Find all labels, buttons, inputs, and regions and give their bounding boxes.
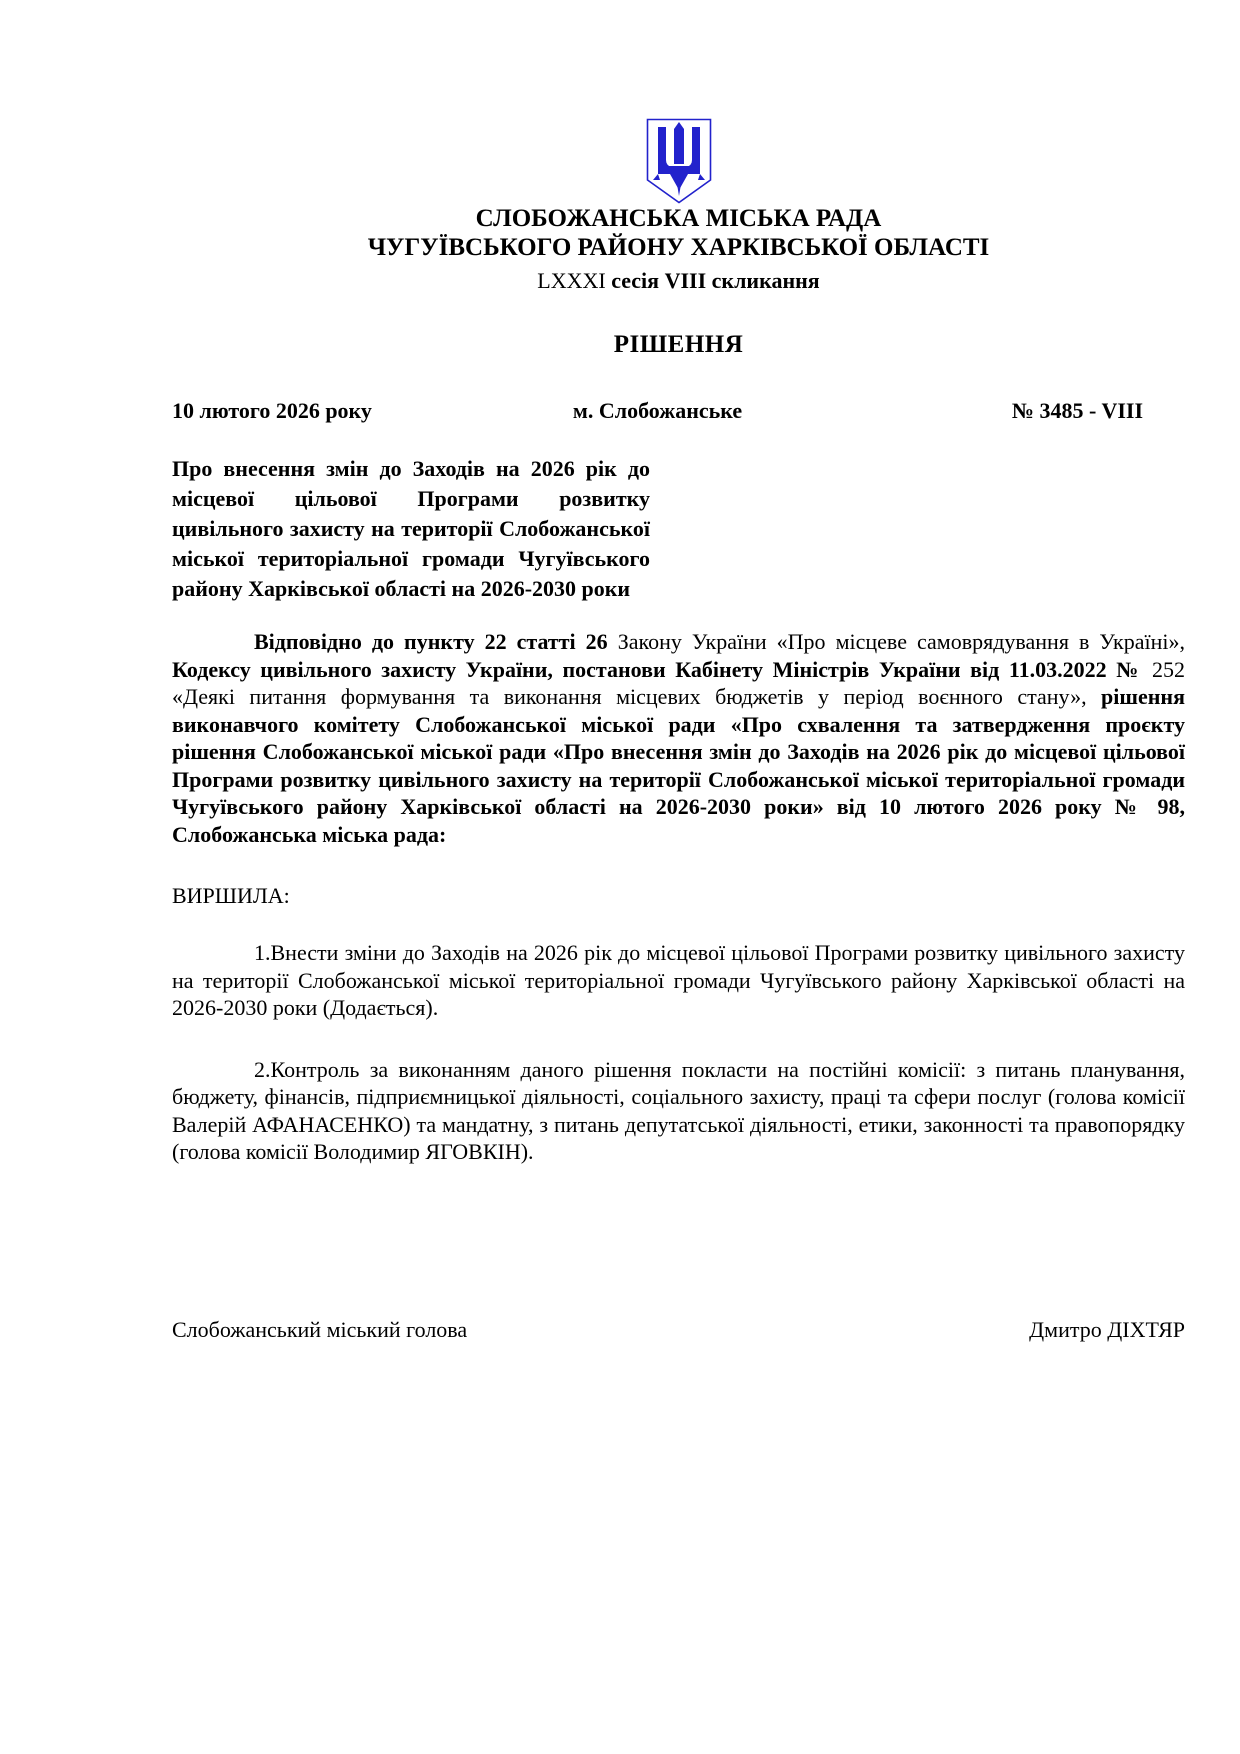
document-content: СЛОБОЖАНСЬКА МІСЬКА РАДА ЧУГУЇВСЬКОГО РА… xyxy=(172,0,1185,1343)
session-number: LXXXI xyxy=(537,268,605,293)
resolved-label: ВИРШИЛА: xyxy=(172,882,1185,909)
session-convocation: сесія VIII скликання xyxy=(611,268,819,293)
decision-item-1: 1.Внести зміни до Заходів на 2026 рік до… xyxy=(172,939,1185,1022)
signatory-title: Слобожанський міський голова xyxy=(172,1316,467,1343)
decision-item-2: 2.Контроль за виконанням даного рішення … xyxy=(172,1056,1185,1166)
document-place: м. Слобожанське xyxy=(496,397,820,424)
document-type-title: РІШЕННЯ xyxy=(172,330,1185,359)
preamble-segment: Відповідно до пункту 22 статті 26 xyxy=(254,629,608,654)
document-number: № 3485 - VIII xyxy=(819,397,1185,424)
meta-row: 10 лютого 2026 року м. Слобожанське № 34… xyxy=(172,397,1185,424)
preamble-segment: Закону України «Про місцеве самоврядуван… xyxy=(608,629,1185,654)
preamble-paragraph: Відповідно до пункту 22 статті 26 Закону… xyxy=(172,628,1185,848)
emblem-wrap xyxy=(172,118,1185,204)
org-name-line-2: ЧУГУЇВСЬКОГО РАЙОНУ ХАРКІВСЬКОЇ ОБЛАСТІ xyxy=(172,233,1185,262)
signatory-name: Дмитро ДІХТЯР xyxy=(1029,1316,1185,1343)
ukraine-trident-icon xyxy=(646,118,712,204)
document-date: 10 лютого 2026 року xyxy=(172,397,496,424)
document-page: СЛОБОЖАНСЬКА МІСЬКА РАДА ЧУГУЇВСЬКОГО РА… xyxy=(0,0,1240,1754)
session-line: LXXXI сесія VIII скликання xyxy=(172,267,1185,294)
signature-row: Слобожанський міський голова Дмитро ДІХТ… xyxy=(172,1316,1185,1343)
org-name-line-1: СЛОБОЖАНСЬКА МІСЬКА РАДА xyxy=(172,204,1185,233)
preamble-segment: Кодексу цивільного захисту України, пост… xyxy=(172,657,1142,682)
document-subject: Про внесення змін до Заходів на 2026 рік… xyxy=(172,454,650,604)
